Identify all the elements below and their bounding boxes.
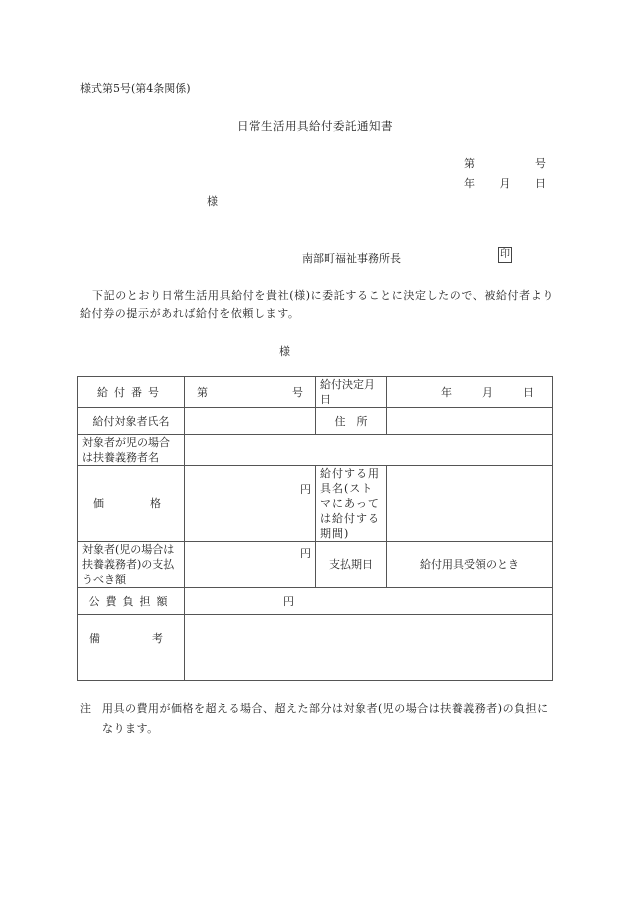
recipient-name-field[interactable] bbox=[185, 408, 316, 435]
public-burden-field[interactable]: 円 bbox=[185, 588, 553, 615]
document-title: 日常生活用具給付委託通知書 bbox=[0, 118, 630, 134]
table-row-remarks: 備 考 bbox=[78, 615, 553, 681]
table-row-public-burden: 公費負担額 円 bbox=[78, 588, 553, 615]
recipient-name-label: 給付対象者氏名 bbox=[78, 408, 185, 435]
form-number: 様式第5号(第4条関係) bbox=[80, 80, 191, 96]
table-row-recipient: 給付対象者氏名 住 所 bbox=[78, 408, 553, 435]
body-paragraph: 下記のとおり日常生活用具給付を貴社(様)に委託することに決定したので、被給付者よ… bbox=[80, 287, 556, 323]
copay-unit: 円 bbox=[300, 547, 311, 560]
table-row-price: 価 格 円 給付する用具名(ストマにあっては給付する期間) bbox=[78, 466, 553, 542]
addressee-honorific: 様 bbox=[207, 193, 218, 209]
public-burden-label: 公費負担額 bbox=[78, 588, 185, 615]
copay-field[interactable]: 円 bbox=[185, 542, 316, 588]
decision-date-label: 給付決定月日 bbox=[316, 377, 387, 408]
benefit-number-field[interactable]: 第 号 bbox=[185, 377, 316, 408]
item-name-field[interactable] bbox=[387, 466, 553, 542]
footnote: 注 用具の費用が価格を超える場合、超えた部分は対象者(児の場合は扶養義務者)の負… bbox=[80, 699, 556, 739]
recipient-honorific: 様 bbox=[279, 343, 290, 359]
delegation-table: 給付番号 第 号 給付決定月日 年 月 日 給付対象者氏名 住 所 対象者が児の… bbox=[77, 376, 553, 681]
footnote-text: 用具の費用が価格を超える場合、超えた部分は対象者(児の場合は扶養義務者)の負担に… bbox=[102, 699, 556, 739]
guardian-name-label: 対象者が児の場合は扶養義務者名 bbox=[78, 435, 185, 466]
item-name-label: 給付する用具名(ストマにあっては給付する期間) bbox=[316, 466, 387, 542]
price-label-text: 価 格 bbox=[93, 497, 169, 510]
copay-label: 対象者(児の場合は扶養義務者)の支払うべき額 bbox=[78, 542, 185, 588]
issuer-name: 南部町福祉事務所長 bbox=[302, 250, 401, 266]
price-label: 価 格 bbox=[78, 466, 185, 542]
address-field[interactable] bbox=[387, 408, 553, 435]
issue-year: 年 bbox=[464, 175, 475, 191]
issue-number-prefix: 第 bbox=[464, 155, 475, 171]
issue-number: 第 号 bbox=[464, 155, 546, 171]
footnote-label: 注 bbox=[80, 699, 91, 719]
issue-day: 日 bbox=[535, 175, 546, 191]
remarks-field[interactable] bbox=[185, 615, 553, 681]
remarks-label-text: 備 考 bbox=[89, 632, 173, 645]
guardian-name-field[interactable] bbox=[185, 435, 553, 466]
remarks-label: 備 考 bbox=[78, 615, 185, 681]
due-date-value: 給付用具受領のとき bbox=[387, 542, 553, 588]
due-date-label: 支払期日 bbox=[316, 542, 387, 588]
issue-date: 年 月 日 bbox=[464, 175, 546, 191]
decision-year: 年 bbox=[441, 385, 452, 400]
benefit-number-label: 給付番号 bbox=[78, 377, 185, 408]
address-label: 住 所 bbox=[316, 408, 387, 435]
issue-month: 月 bbox=[500, 175, 511, 191]
table-row-guardian: 対象者が児の場合は扶養義務者名 bbox=[78, 435, 553, 466]
price-field[interactable]: 円 bbox=[185, 466, 316, 542]
issue-number-suffix: 号 bbox=[535, 155, 546, 171]
seal-stamp-icon: 印 bbox=[498, 247, 512, 263]
table-row-copay: 対象者(児の場合は扶養義務者)の支払うべき額 円 支払期日 給付用具受領のとき bbox=[78, 542, 553, 588]
decision-month: 月 bbox=[482, 385, 493, 400]
table-row-benefit-number: 給付番号 第 号 給付決定月日 年 月 日 bbox=[78, 377, 553, 408]
public-burden-unit: 円 bbox=[283, 595, 294, 608]
benefit-number-prefix: 第 bbox=[197, 385, 208, 400]
price-unit: 円 bbox=[300, 483, 311, 496]
decision-day: 日 bbox=[523, 385, 534, 400]
decision-date-field[interactable]: 年 月 日 bbox=[387, 377, 553, 408]
benefit-number-suffix: 号 bbox=[292, 385, 303, 400]
